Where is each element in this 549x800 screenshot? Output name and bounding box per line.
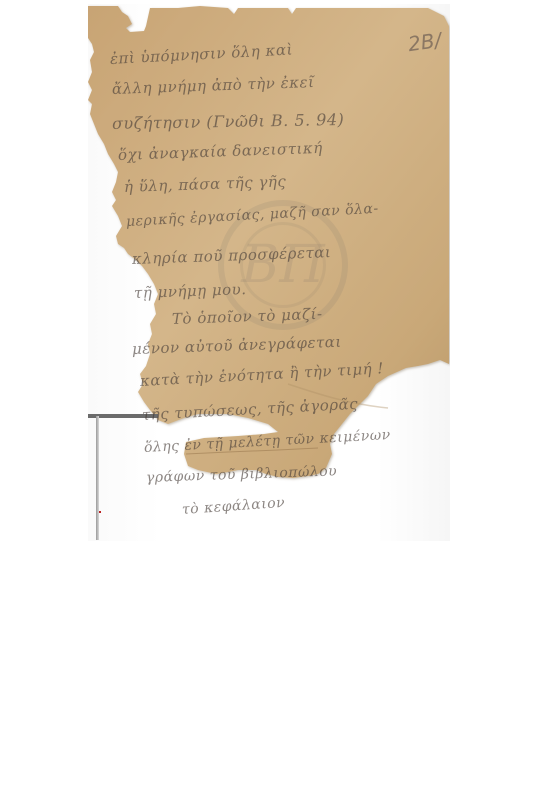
scanner-marker xyxy=(99,511,101,513)
stamp-monogram: ΒΠ xyxy=(240,222,326,308)
scanner-ruler-vertical xyxy=(96,416,99,540)
folio-number: 2Β/ xyxy=(406,28,442,56)
manuscript-line-3: συζήτησιν (Γνῶθι Β. 5. 94) xyxy=(112,110,345,133)
